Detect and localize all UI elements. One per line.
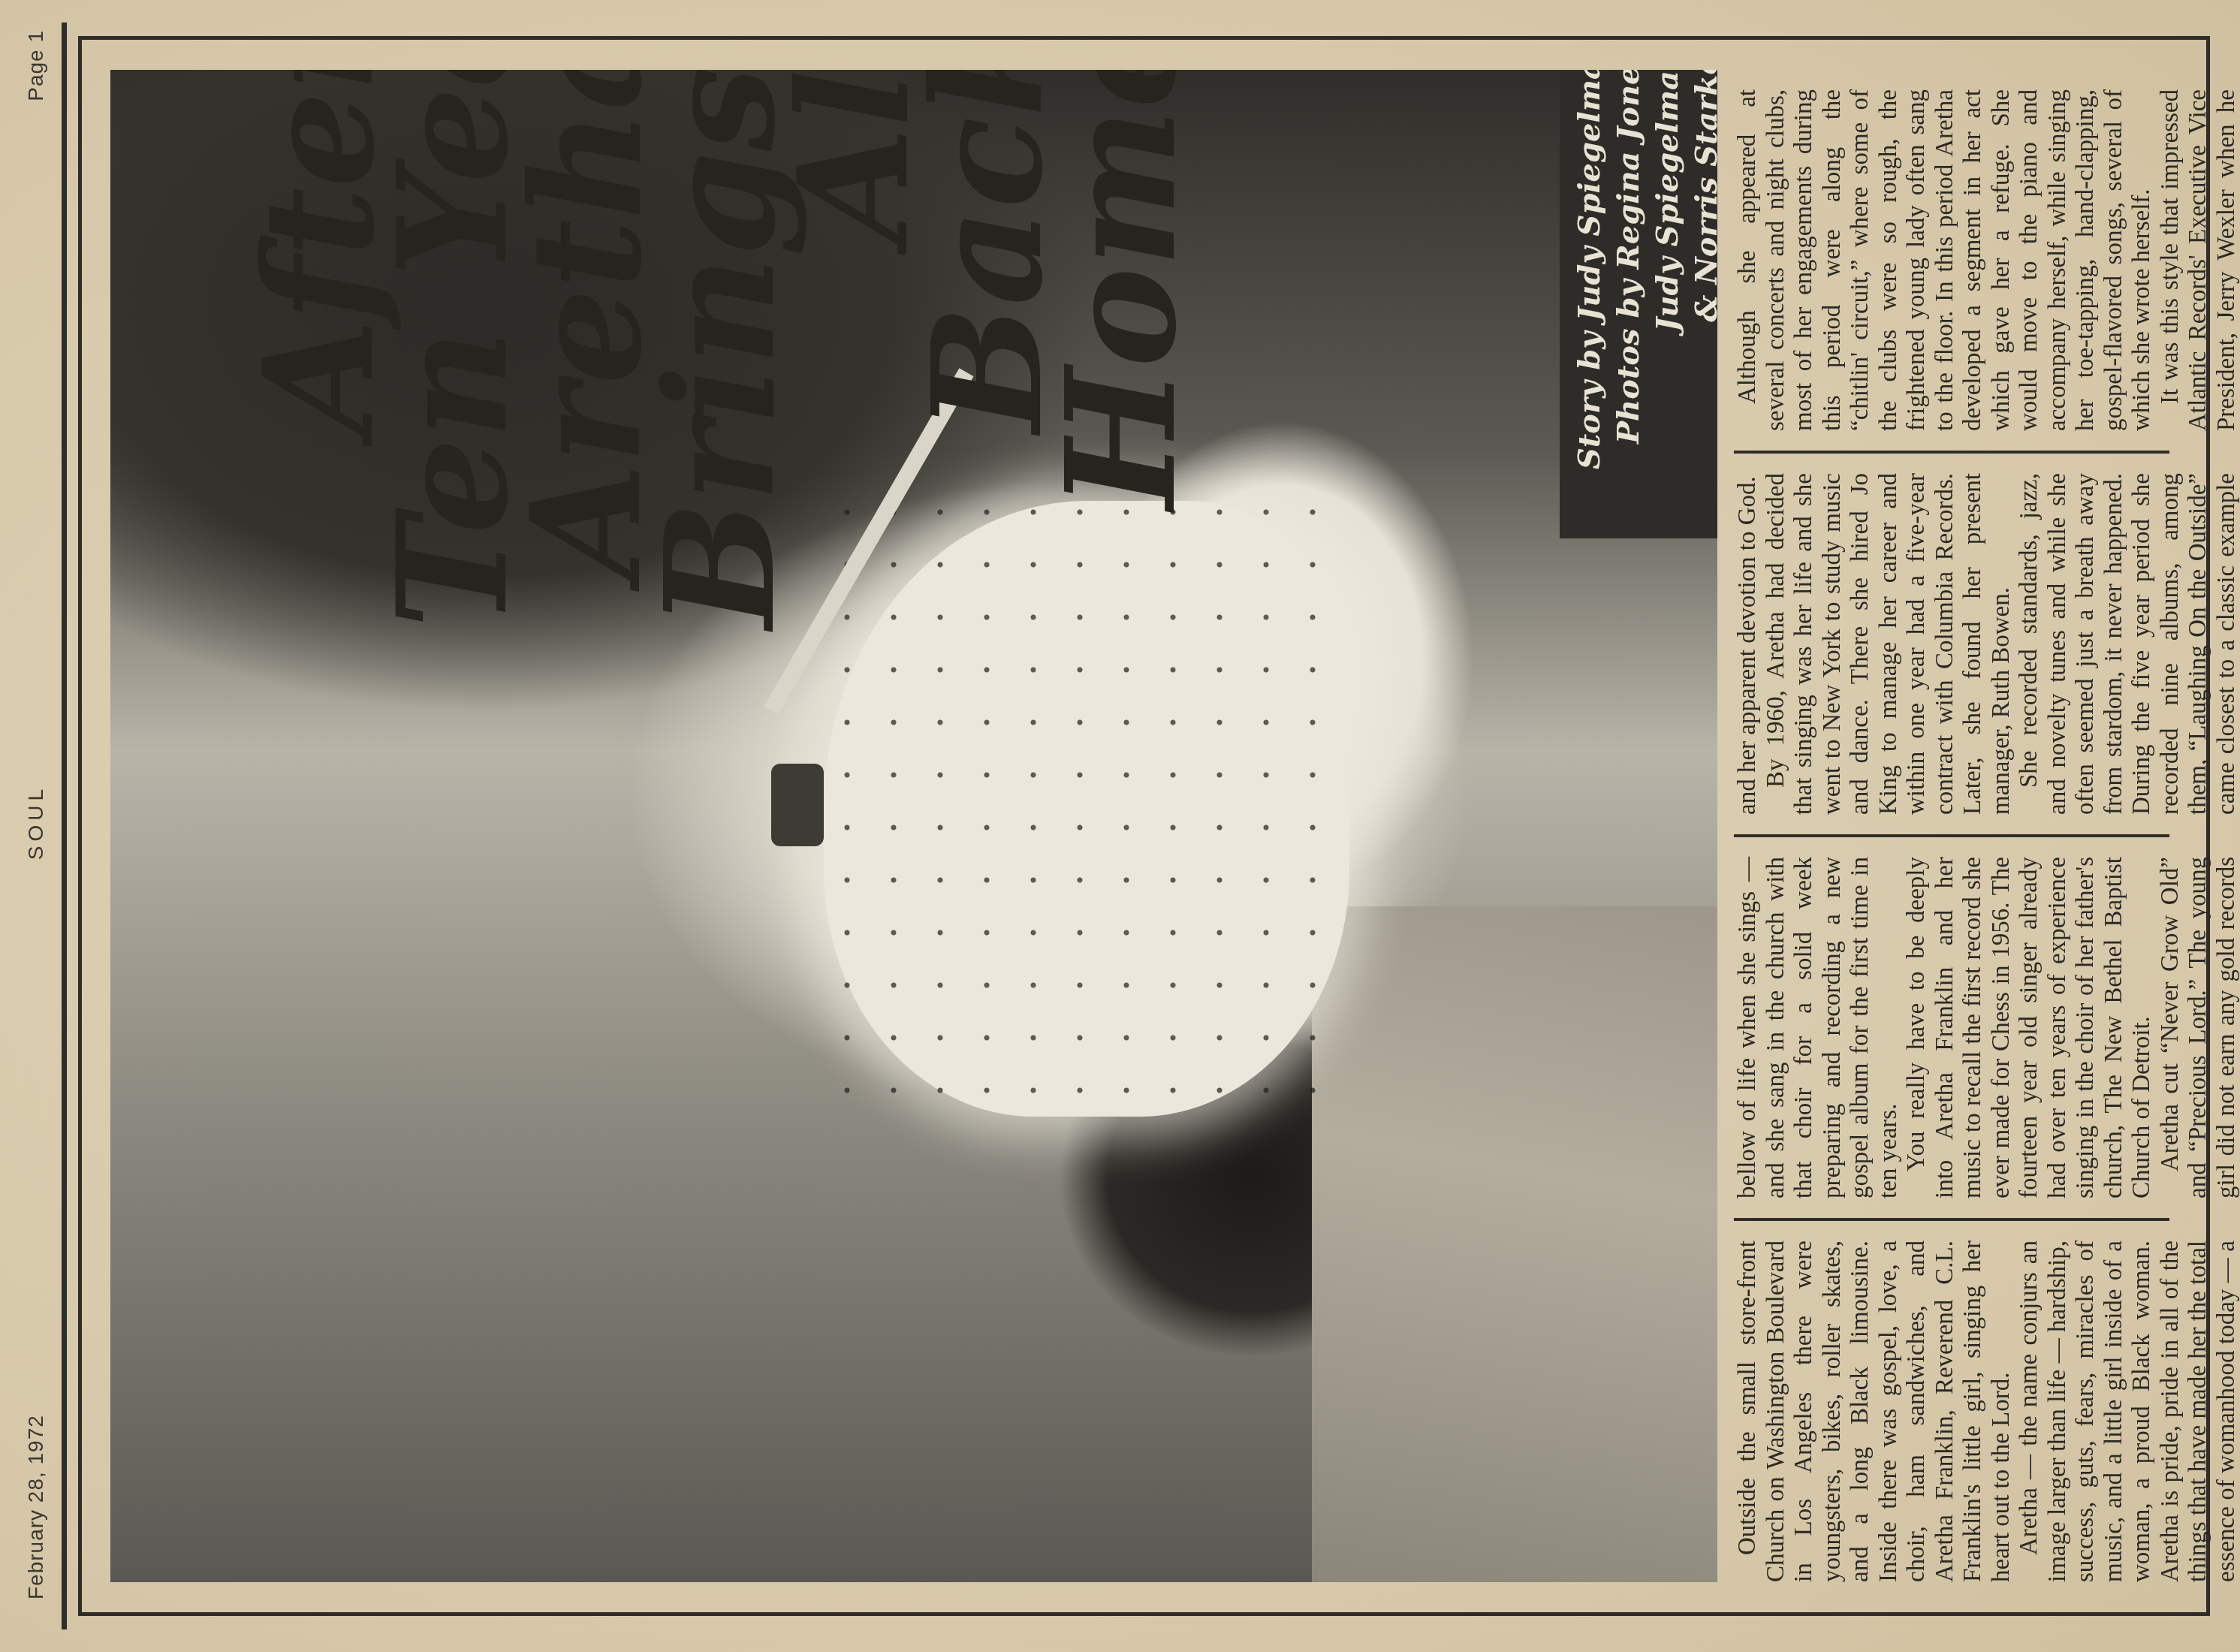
photo-man-suit	[1312, 906, 1717, 1582]
article-column-4: Although she appeared at several concert…	[1734, 70, 2169, 454]
running-head: February 28, 1972 SOUL Page 1	[14, 23, 59, 1622]
paragraph: Although she appeared at several concert…	[1734, 89, 2157, 431]
article-columns: Outside the small store-front Church on …	[1734, 70, 2169, 1582]
header-rule	[62, 23, 67, 1629]
headline: After Ten Years Aretha Brings it All Bac…	[253, 70, 1189, 629]
paragraph: Outside the small store-front Church on …	[1734, 1241, 2015, 1582]
paragraph: She recorded standards, jazz, and novelt…	[2015, 473, 2240, 815]
paragraph: bellow of life when she sings — and she …	[1734, 857, 1903, 1198]
headline-line: Home	[1055, 70, 1189, 629]
paragraph: It was this style that impressed Atlanti…	[2157, 89, 2240, 431]
feature-photo: After Ten Years Aretha Brings it All Bac…	[110, 70, 1717, 1582]
paragraph: By 1960, Aretha had decided that singing…	[1762, 473, 2016, 815]
page-upright: February 28, 1972 SOUL Page 1 After Ten …	[0, 0, 2240, 1652]
article-frame: After Ten Years Aretha Brings it All Bac…	[78, 36, 2210, 1616]
byline-line: & Norris Starkey	[1687, 70, 1717, 520]
article-column-1: Outside the small store-front Church on …	[1734, 1221, 2169, 1582]
paragraph: You really have to be deeply into Aretha…	[1903, 857, 2157, 1198]
paragraph: Aretha — the name conjurs an image large…	[2015, 1241, 2240, 1582]
paragraph: Aretha cut “Never Grow Old” and “Preciou…	[2157, 857, 2240, 1198]
page-number: Page 1	[24, 30, 48, 101]
byline-box: Story by Judy Spiegelman Photos by Regin…	[1560, 70, 1717, 538]
byline-line: Story by Judy Spiegelman	[1570, 70, 1609, 520]
microphone-icon	[771, 764, 824, 846]
paragraph: and her apparent devotion to God.	[1734, 473, 1762, 815]
scanned-newspaper-page: February 28, 1972 SOUL Page 1 After Ten …	[0, 0, 2240, 1652]
article-column-2: bellow of life when she sings — and she …	[1734, 837, 2169, 1221]
byline-line: Photos by Regina Jones,	[1609, 70, 1648, 520]
publication-name: SOUL	[24, 23, 48, 1622]
article-column-3: and her apparent devotion to God. By 196…	[1734, 454, 2169, 837]
byline-line: Judy Spiegelman,	[1648, 70, 1687, 520]
